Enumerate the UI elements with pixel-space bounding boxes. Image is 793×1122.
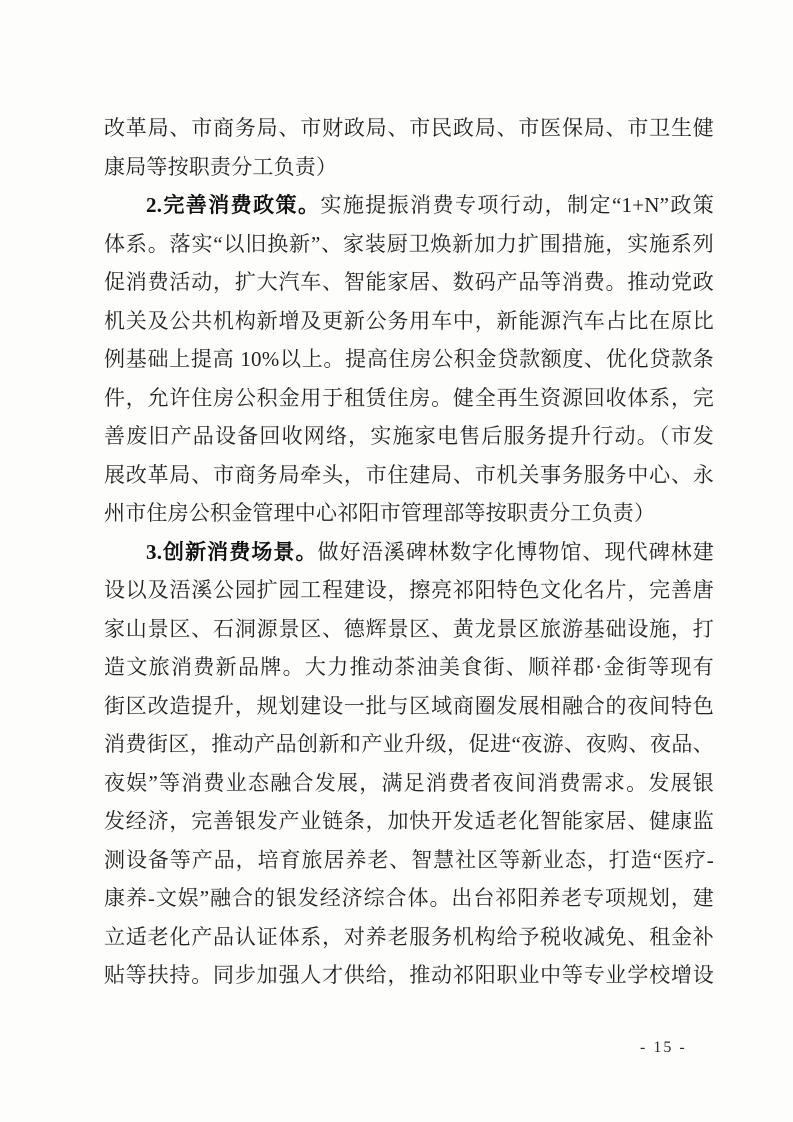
paragraph-text: 立适老化产品认证体系，对养老服务机构给予税收减免、租金补 — [104, 925, 714, 949]
text-line: 善废旧产品设备回收网络，实施家电售后服务提升行动。（市发 — [104, 417, 714, 456]
text-line: 立适老化产品认证体系，对养老服务机构给予税收减免、租金补 — [104, 918, 714, 957]
text-line: 件，允许住房公积金用于租赁住房。健全再生资源回收体系，完 — [104, 379, 714, 418]
paragraph-text: 实施提振消费专项行动，制定“1+N”政策 — [320, 193, 714, 217]
text-line: 测设备等产品，培育旅居养老、智慧社区等新业态，打造“医疗- — [104, 841, 714, 880]
text-line: 消费街区，推动产品创新和产业升级，促进“夜游、夜购、夜品、 — [104, 725, 714, 764]
text-line: 州市住房公积金管理中心祁阳市管理部等按职责分工负责） — [104, 494, 714, 533]
paragraph-text: 发经济，完善银发产业链条，加快开发适老化智能家居、健康监 — [104, 809, 714, 833]
paragraph-text: 展改革局、市商务局牵头，市住建局、市机关事务服务中心、永 — [104, 463, 714, 487]
paragraph-heading: 2.完善消费政策。 — [146, 193, 320, 217]
page-number: - 15 - — [640, 1039, 687, 1057]
paragraph-text: 消费街区，推动产品创新和产业升级，促进“夜游、夜购、夜品、 — [104, 732, 714, 756]
paragraph-text: 街区改造提升，规划建设一批与区域商圈发展相融合的夜间特色 — [104, 694, 714, 718]
paragraph-text: 善废旧产品设备回收网络，实施家电售后服务提升行动。（市发 — [104, 424, 714, 448]
text-line: 康局等按职责分工负责） — [104, 148, 714, 187]
paragraph-text: 件，允许住房公积金用于租赁住房。健全再生资源回收体系，完 — [104, 386, 714, 410]
document-page: 改革局、市商务局、市财政局、市民政局、市医保局、市卫生健康局等按职责分工负责）2… — [0, 0, 793, 1122]
paragraph-text: 设以及浯溪公园扩园工程建设，擦亮祁阳特色文化名片，完善唐 — [104, 578, 714, 602]
paragraph-text: 州市住房公积金管理中心祁阳市管理部等按职责分工负责） — [104, 501, 655, 525]
text-line: 机关及公共机构新增及更新公务用车中，新能源汽车占比在原比 — [104, 302, 714, 341]
paragraph-text: 康局等按职责分工负责） — [104, 155, 337, 179]
text-line: 设以及浯溪公园扩园工程建设，擦亮祁阳特色文化名片，完善唐 — [104, 571, 714, 610]
paragraph-text: 夜娱”等消费业态融合发展，满足消费者夜间消费需求。发展银 — [104, 771, 714, 795]
paragraph-text: 造文旅消费新品牌。大力推动茶油美食街、顺祥郡·金街等现有 — [104, 655, 714, 679]
paragraph-text: 贴等扶持。同步加强人才供给，推动祁阳职业中等专业学校增设 — [104, 963, 714, 987]
text-line: 康养-文娱”融合的银发经济综合体。出台祁阳养老专项规划，建 — [104, 879, 714, 918]
text-line: 3.创新消费场景。做好浯溪碑林数字化博物馆、现代碑林建 — [104, 533, 714, 572]
paragraph-text: 体系。落实“以旧换新”、家装厨卫焕新加力扩围措施，实施系列 — [104, 232, 714, 256]
text-line: 2.完善消费政策。实施提振消费专项行动，制定“1+N”政策 — [104, 186, 714, 225]
text-line: 贴等扶持。同步加强人才供给，推动祁阳职业中等专业学校增设 — [104, 956, 714, 995]
paragraph-heading: 3.创新消费场景。 — [146, 540, 318, 564]
text-line: 体系。落实“以旧换新”、家装厨卫焕新加力扩围措施，实施系列 — [104, 225, 714, 264]
paragraph-text: 促消费活动，扩大汽车、智能家居、数码产品等消费。推动党政 — [104, 270, 714, 294]
text-line: 改革局、市商务局、市财政局、市民政局、市医保局、市卫生健 — [104, 109, 714, 148]
text-line: 展改革局、市商务局牵头，市住建局、市机关事务服务中心、永 — [104, 456, 714, 495]
paragraph-text: 家山景区、石洞源景区、德辉景区、黄龙景区旅游基础设施，打 — [104, 617, 714, 641]
document-body: 改革局、市商务局、市财政局、市民政局、市医保局、市卫生健康局等按职责分工负责）2… — [104, 109, 714, 995]
paragraph-text: 测设备等产品，培育旅居养老、智慧社区等新业态，打造“医疗- — [104, 848, 714, 872]
paragraph-text: 改革局、市商务局、市财政局、市民政局、市医保局、市卫生健 — [104, 116, 714, 140]
text-line: 发经济，完善银发产业链条，加快开发适老化智能家居、健康监 — [104, 802, 714, 841]
text-line: 促消费活动，扩大汽车、智能家居、数码产品等消费。推动党政 — [104, 263, 714, 302]
paragraph-text: 机关及公共机构新增及更新公务用车中，新能源汽车占比在原比 — [104, 309, 714, 333]
paragraph-text: 康养-文娱”融合的银发经济综合体。出台祁阳养老专项规划，建 — [104, 886, 714, 910]
text-line: 夜娱”等消费业态融合发展，满足消费者夜间消费需求。发展银 — [104, 764, 714, 803]
text-line: 家山景区、石洞源景区、德辉景区、黄龙景区旅游基础设施，打 — [104, 610, 714, 649]
text-line: 造文旅消费新品牌。大力推动茶油美食街、顺祥郡·金街等现有 — [104, 648, 714, 687]
paragraph-text: 做好浯溪碑林数字化博物馆、现代碑林建 — [318, 540, 714, 564]
text-line: 街区改造提升，规划建设一批与区域商圈发展相融合的夜间特色 — [104, 687, 714, 726]
paragraph-text: 例基础上提高 10%以上。提高住房公积金贷款额度、优化贷款条 — [104, 347, 714, 371]
text-line: 例基础上提高 10%以上。提高住房公积金贷款额度、优化贷款条 — [104, 340, 714, 379]
